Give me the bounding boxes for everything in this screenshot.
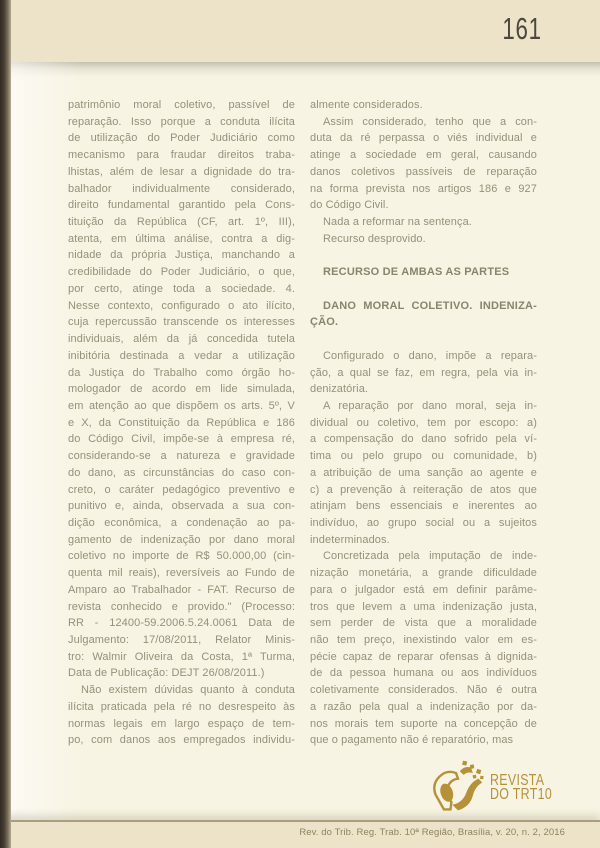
revista-trt10-logo: REVISTA DO TRT10: [429, 758, 568, 818]
text-line: Amparo ao Trabalhador - FAT. Recurso de: [68, 584, 295, 601]
text-line: Julgamento: 17/08/2011, Relator Minis-: [68, 634, 295, 651]
text-line: nização monetária, a grande dificuldade: [310, 567, 537, 584]
text-line: duta da ré perpassa o viés individual e: [310, 132, 537, 149]
text-line: [310, 283, 537, 300]
text-line: credibilidade do Poder Judiciário, o que…: [68, 266, 295, 283]
text-line: RECURSO DE AMBAS AS PARTES: [310, 266, 537, 283]
page-footer-band: Rev. do Trib. Reg. Trab. 10ª Região, Bra…: [0, 820, 600, 848]
text-line: individuais, além da já concedida tutela: [68, 333, 295, 350]
text-line: na forma prevista nos artigos 186 e 927: [310, 183, 537, 200]
text-line: coletivamente considerados. Não é outra: [310, 684, 537, 701]
text-line: balhador individualmente considerado,: [68, 183, 295, 200]
text-line: tro: Walmir Oliveira da Costa, 1ª Turma,: [68, 651, 295, 668]
text-line: indivíduo, ao grupo social ou a sujeitos: [310, 517, 537, 534]
text-line: do Código Civil.: [310, 199, 537, 216]
text-line: inibitória destinada a vedar a utilizaçã…: [68, 350, 295, 367]
text-line: Data de Publicação: DEJT 26/08/2011.): [68, 667, 295, 684]
text-line: Recurso desprovido.: [310, 233, 537, 250]
text-line: e X, da Constituição da República e 186: [68, 417, 295, 434]
text-column-left: patrimônio moral coletivo, passível dere…: [68, 99, 295, 751]
text-line: denizatória.: [310, 383, 537, 400]
text-line: Nesse contexto, configurado o ato ilícit…: [68, 300, 295, 317]
text-line: c) a prevenção à reiteração de atos que: [310, 484, 537, 501]
text-line: [310, 249, 537, 266]
text-line: pécie capaz de reparar ofensas à dignida…: [310, 651, 537, 668]
text-line: da Justiça do Trabalho como órgão ho-: [68, 367, 295, 384]
text-line: tituição da República (CF, art. 1º, III)…: [68, 216, 295, 233]
text-line: Assim considerado, tenho que a con-: [310, 116, 537, 133]
text-line: ção, a qual se faz, em regra, pela via i…: [310, 367, 537, 384]
text-line: em atenção ao que dispõem os arts. 5º, V: [68, 400, 295, 417]
text-line: [310, 333, 537, 350]
text-line: mecanismo para fraudar direitos traba-: [68, 149, 295, 166]
text-line: almente considerados.: [310, 99, 537, 116]
text-line: quenta mil reais), reversíveis ao Fundo …: [68, 567, 295, 584]
text-line: sem perder de vista que a moralidade: [310, 617, 537, 634]
text-line: po, com danos aos empregados individu-: [68, 734, 295, 751]
text-line: A reparação por dano moral, seja in-: [310, 400, 537, 417]
text-line: ilícita praticada pela ré no desrespeito…: [68, 701, 295, 718]
text-line: patrimônio moral coletivo, passível de: [68, 99, 295, 116]
text-line: Configurado o dano, impõe a repara-: [310, 350, 537, 367]
text-line: Concretizada pela imputação de inde-: [310, 550, 537, 567]
text-line: de da pessoa humana ou aos indivíduos: [310, 667, 537, 684]
text-line: direito fundamental garantido pela Cons-: [68, 199, 295, 216]
text-line: ÇÃO.: [310, 316, 537, 333]
text-line: RR - 12400-59.2006.5.24.0061 Data de: [68, 617, 295, 634]
text-line: por certo, atinge toda a sociedade. 4.: [68, 283, 295, 300]
text-line: coletivo no importe de R$ 50.000,00 (cin…: [68, 550, 295, 567]
text-line: nos morais tem suporte na concepção de: [310, 718, 537, 735]
page-number: 161: [503, 13, 542, 44]
text-line: normas legais em largo espaço de tem-: [68, 718, 295, 735]
text-column-right: almente considerados.Assim considerado, …: [310, 99, 537, 751]
text-line: para o julgador está em definir parâme-: [310, 584, 537, 601]
text-line: considerando-se a natureza e gravidade: [68, 450, 295, 467]
text-line: atinjam bens essenciais e inerentes ao: [310, 500, 537, 517]
text-line: punitivo e, ainda, observada a sua con-: [68, 500, 295, 517]
text-line: mologador de acordo em lide simulada,: [68, 383, 295, 400]
text-line: não tem preço, inexistindo valor em es-: [310, 634, 537, 651]
text-line: dição econômica, a condenação ao pa-: [68, 517, 295, 534]
trt10-logo-mark: [429, 759, 485, 817]
text-line: Nada a reformar na sentença.: [310, 216, 537, 233]
text-line: Não existem dúvidas quanto à conduta: [68, 684, 295, 701]
text-line: nidade da própria Justiça, manchando a: [68, 249, 295, 266]
text-line: atenta, em última análise, contra a dig-: [68, 233, 295, 250]
text-line: atinge a sociedade em geral, causando: [310, 149, 537, 166]
text-line: do Código Civil, impõe-se à empresa ré,: [68, 433, 295, 450]
text-line: a razão pela qual a indenização por da-: [310, 701, 537, 718]
text-line: a atribuição de uma sanção ao agente e: [310, 467, 537, 484]
logo-wordmark: REVISTA DO TRT10: [490, 774, 552, 803]
text-line: que o pagamento não é reparatório, mas: [310, 734, 537, 751]
text-line: creto, o caráter pedagógico preventivo e: [68, 484, 295, 501]
logo-line-2: DO TRT10: [490, 788, 552, 803]
text-line: tima ou pelo grupo ou comunidade, b): [310, 450, 537, 467]
text-line: indeterminados.: [310, 534, 537, 551]
text-line: de utilização do Poder Judiciário como: [68, 132, 295, 149]
journal-page: 161 patrimônio moral coletivo, passível …: [0, 0, 600, 848]
text-line: reparação. Isso porque a conduta ilícita: [68, 116, 295, 133]
text-line: dividual ou coletivo, tem por escopo: a): [310, 417, 537, 434]
text-line: lhistas, além de lesar a dignidade do tr…: [68, 166, 295, 183]
citation-text: Rev. do Trib. Reg. Trab. 10ª Região, Bra…: [0, 822, 600, 838]
header-shadow: [0, 62, 600, 77]
book-spine-shadow: [0, 0, 11, 848]
text-line: revista conhecido e provido." (Processo:: [68, 601, 295, 618]
page-content: patrimônio moral coletivo, passível dere…: [68, 99, 537, 751]
text-line: danos coletivos passíveis de reparação: [310, 166, 537, 183]
page-header-band: 161: [0, 0, 600, 62]
text-line: gamento de indenização por dano moral: [68, 534, 295, 551]
text-line: tros que levem a uma indenização justa,: [310, 601, 537, 618]
text-line: a compensação do dano sofrido pela ví-: [310, 433, 537, 450]
text-line: do dano, as circunstâncias do caso con-: [68, 467, 295, 484]
text-line: cuja repercussão transcende os interesse…: [68, 316, 295, 333]
text-line: DANO MORAL COLETIVO. INDENIZA-: [310, 300, 537, 317]
